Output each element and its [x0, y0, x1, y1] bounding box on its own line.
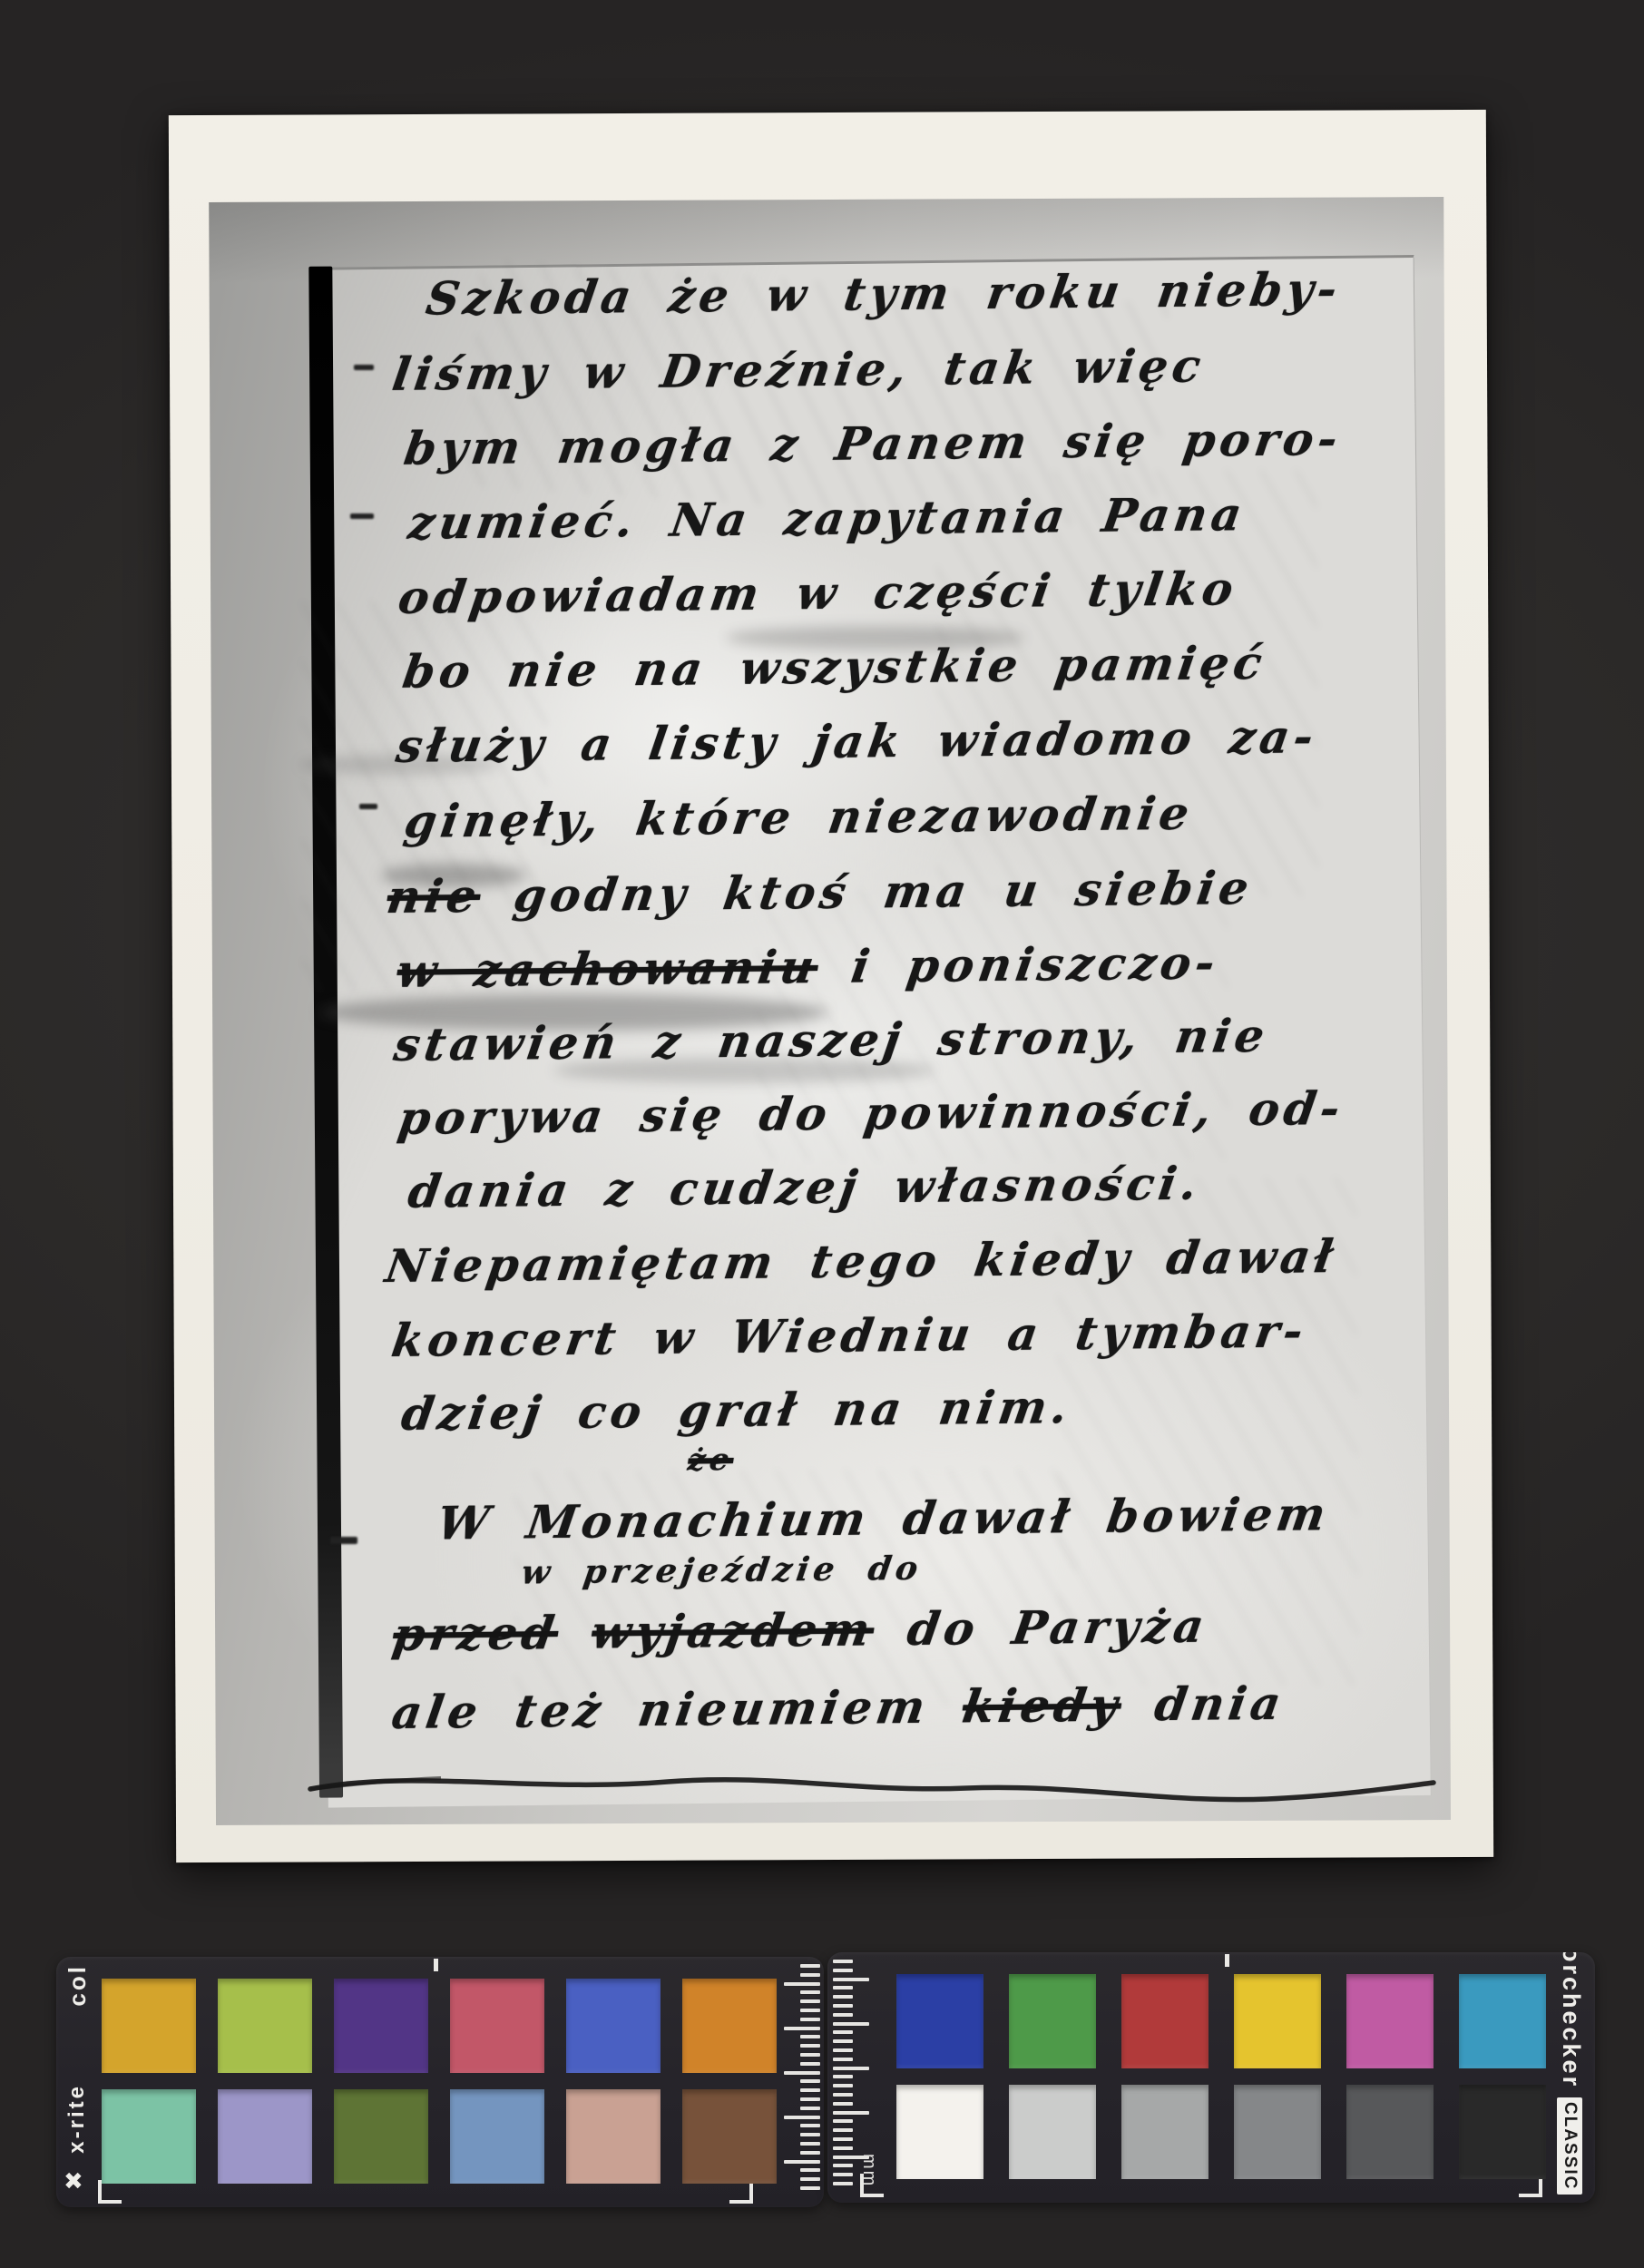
ruler-tick: [800, 2062, 820, 2066]
ruler-tick: [800, 2018, 820, 2021]
handwriting-line: w zachowaniu i poniszczo-: [394, 935, 1223, 998]
handwriting-line: ginęły, które niezawodnie: [401, 787, 1197, 848]
ruler-tick: [800, 2124, 820, 2127]
ruler-tick: [833, 2137, 853, 2141]
struck-word: że: [686, 1442, 737, 1478]
handwriting-text: bym mogła z Panem się poro-: [401, 412, 1346, 475]
struck-word: kiedy: [959, 1677, 1125, 1733]
torn-edge: [305, 1758, 1448, 1831]
colorchecker-right-half: mm orchecker CLASSIC: [827, 1952, 1595, 2203]
ruler-tick: [833, 2084, 853, 2087]
color-patch: [1346, 1974, 1434, 2068]
colorchecker-brand-fragment: col: [64, 1964, 92, 2007]
ruler-tick: [833, 2030, 853, 2034]
ruler-tick: [833, 2022, 869, 2026]
ruler-tick: [833, 2058, 853, 2061]
registration-mark: [1225, 1954, 1229, 1967]
ruler-tick: [800, 2151, 820, 2155]
struck-word: w zachowaniu: [394, 940, 822, 998]
color-patch: [334, 1979, 428, 2073]
ruler-tick: [800, 2035, 820, 2038]
struck-word: nie: [384, 869, 484, 924]
mm-ruler-right: mm: [827, 1952, 886, 2203]
colorchecker-left-half: col x-rite ✖: [56, 1957, 824, 2207]
color-patch: [1459, 2085, 1546, 2179]
color-patch: [450, 2089, 544, 2184]
ruler-tick: [833, 2111, 869, 2115]
xrite-brand: x-rite: [64, 2084, 90, 2154]
color-patch: [450, 1979, 544, 2073]
ruler-tick: [833, 2039, 853, 2043]
handwriting-text: i poniszczo-: [814, 935, 1223, 993]
handwriting-line: ale też nieumiem kiedy dnia: [388, 1677, 1288, 1739]
ruler-tick: [833, 1995, 853, 1999]
ruler-tick: [800, 2053, 820, 2057]
color-patch: [1009, 2085, 1096, 2179]
handwriting-line: przed wyjazdem do Paryża: [389, 1598, 1211, 1660]
ruler-tick: [784, 2160, 820, 2164]
handwriting-text: stawień z naszej strony, nie: [391, 1009, 1273, 1071]
ruler-tick: [833, 2075, 853, 2078]
ruler-tick: [784, 2116, 820, 2119]
struck-word: wyjazdem: [588, 1602, 877, 1658]
handwriting-line: że: [686, 1442, 737, 1478]
handwriting-line: dania z cudzej własności.: [405, 1157, 1205, 1218]
ruler-tick: [833, 2093, 853, 2097]
ruler-tick: [833, 2156, 869, 2159]
handwriting-line: służy a listy jak wiadomo za-: [393, 709, 1321, 773]
ruler-tick: [800, 1964, 820, 1968]
handwriting-line: Niepamiętam tego kiedy dawał: [382, 1229, 1341, 1293]
ruler-tick: [833, 1978, 869, 1981]
color-patch: [1346, 2085, 1434, 2179]
handwriting-layer: Szkoda że w tym roku nieby-liśmy w Dreźn…: [0, 0, 1644, 2268]
ruler-tick: [833, 1986, 853, 1989]
ruler-tick: [784, 1982, 820, 1986]
color-patch: [566, 2089, 661, 2184]
ruler-tick: [800, 1990, 820, 1994]
ruler-tick: [800, 2044, 820, 2048]
handwriting-text: zumieć. Na zapytania Pana: [406, 487, 1250, 550]
ruler-tick: [833, 1960, 853, 1963]
handwriting-text: ginęły, które niezawodnie: [401, 787, 1197, 848]
color-patch: [102, 2089, 196, 2184]
handwriting-line: W Monachium dawał bowiem: [434, 1487, 1334, 1549]
handwriting-text: bo nie na wszystkie pamięć: [399, 636, 1269, 699]
color-patch: [1121, 2085, 1209, 2179]
handwriting-line: liśmy w Dreźnie, tak więc: [389, 338, 1209, 400]
ruler-tick: [833, 2119, 853, 2123]
ruler-tick: [800, 2079, 820, 2083]
backing-board: Szkoda że w tym roku nieby-liśmy w Dreźn…: [0, 0, 1644, 2268]
ruler-tick: [833, 2146, 853, 2150]
ruler-tick: [800, 2009, 820, 2012]
ruler-tick: [833, 2128, 853, 2132]
handwriting-line: Szkoda że w tym roku nieby-: [423, 262, 1345, 326]
handwriting-text: w przejeździe do: [519, 1549, 925, 1592]
ruler-tick: [800, 2142, 820, 2146]
ruler-tick: [833, 2164, 853, 2167]
handwriting-text: Szkoda że w tym roku nieby-: [423, 262, 1345, 326]
handwriting-line: w przejeździe do: [519, 1549, 925, 1592]
handwriting-line: bym mogła z Panem się poro-: [401, 412, 1346, 475]
color-patch: [1121, 1974, 1209, 2068]
ruler-tick: [833, 2013, 853, 2017]
struck-word: przed: [389, 1606, 562, 1661]
ruler-tick: [800, 1973, 820, 1977]
handwriting-text: godny ktoś ma u siebie: [476, 861, 1257, 923]
mm-ruler-left: [773, 1957, 824, 2207]
classic-badge: CLASSIC: [1557, 2097, 1582, 2195]
ruler-tick: [800, 2088, 820, 2092]
ruler-tick: [800, 2177, 820, 2181]
ruler-tick: [833, 2173, 853, 2176]
handwriting-text: odpowiadam w części tylko: [395, 562, 1241, 624]
handwriting-text: koncert w Wiedniu a tymbar-: [388, 1304, 1311, 1367]
handwriting-text: ale też nieumiem: [388, 1679, 967, 1739]
ruler-tick: [800, 1999, 820, 2003]
color-patch: [218, 1979, 312, 2073]
color-patch: [1234, 1974, 1321, 2068]
handwriting-text: dziej co grał na nim.: [398, 1380, 1076, 1441]
ruler-tick: [833, 2182, 853, 2185]
handwriting-text: dania z cudzej własności.: [405, 1157, 1205, 1218]
handwriting-line: stawień z naszej strony, nie: [391, 1009, 1273, 1071]
color-patch: [682, 2089, 777, 2184]
ruler-tick: [800, 2133, 820, 2136]
ruler-tick: [800, 2107, 820, 2110]
handwriting-line: zumieć. Na zapytania Pana: [406, 487, 1250, 550]
color-patch: [334, 2089, 428, 2184]
color-patch: [1009, 1974, 1096, 2068]
ruler-tick: [833, 2067, 869, 2070]
color-patch: [1459, 1974, 1546, 2068]
ruler-tick: [800, 2186, 820, 2190]
color-patch: [682, 1979, 777, 2073]
ruler-tick: [784, 2027, 820, 2030]
handwriting-text: W Monachium dawał bowiem: [434, 1487, 1334, 1549]
registration-mark: [860, 2174, 884, 2197]
handwriting-text: dnia: [1118, 1677, 1289, 1732]
handwriting-line: porywa się do powinności, od-: [395, 1081, 1347, 1145]
color-patch: [896, 2085, 983, 2179]
ruler-tick: [833, 2048, 853, 2052]
ruler-tick: [833, 2102, 853, 2106]
handwriting-line: dziej co grał na nim.: [398, 1380, 1076, 1441]
ruler-tick: [800, 2097, 820, 2101]
color-patch: [566, 1979, 661, 2073]
color-patch: [896, 1974, 983, 2068]
ruler-tick: [800, 2168, 820, 2172]
handwriting-line: odpowiadam w części tylko: [395, 562, 1241, 624]
handwriting-line: nie godny ktoś ma u siebie: [384, 861, 1257, 924]
handwriting-text: Niepamiętam tego kiedy dawał: [382, 1229, 1341, 1293]
ruler-tick: [833, 1969, 853, 1972]
colorchecker-brand-fragment: orchecker: [1557, 1952, 1585, 2088]
color-patch: [1234, 2085, 1321, 2179]
color-patch: [218, 2089, 312, 2184]
ruler-tick: [833, 2004, 853, 2008]
handwriting-text: porywa się do powinności, od-: [395, 1081, 1347, 1145]
handwriting-text: służy a listy jak wiadomo za-: [393, 709, 1321, 773]
handwriting-text: liśmy w Dreźnie, tak więc: [389, 338, 1209, 400]
ruler-tick: [784, 2071, 820, 2075]
handwriting-line: koncert w Wiedniu a tymbar-: [388, 1304, 1311, 1367]
x-rite-logo-icon: ✖: [64, 2169, 83, 2193]
color-patch: [102, 1979, 196, 2073]
handwriting-line: bo nie na wszystkie pamięć: [399, 636, 1269, 699]
handwriting-text: do Paryża: [870, 1598, 1212, 1656]
registration-mark: [434, 1959, 438, 1971]
